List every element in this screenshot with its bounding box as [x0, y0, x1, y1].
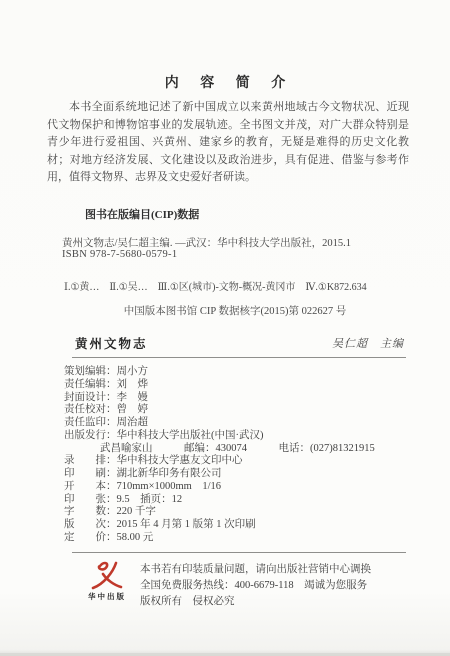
- colophon-cover-design: 封面设计：李 嫚: [64, 392, 410, 405]
- book-copyright-page: 内 容 简 介 本书全面系统地记述了新中国成立以来黄州地域古今文物状况、近现代文…: [0, 0, 450, 656]
- colophon-responsible-editor: 责任编辑：刘 烨: [64, 379, 410, 392]
- colophon-format: 开 本：710mm×1000mm 1/16: [64, 481, 410, 494]
- colophon-price: 定 价：58.00 元: [64, 532, 410, 545]
- colophon-typesetting: 录 排：华中科技大学惠友文印中心: [64, 455, 410, 468]
- quality-notice: 本书若有印装质量问题，请向出版社营销中心调换: [140, 562, 420, 578]
- colophon-proofreader: 责任校对：曾 婷: [64, 404, 410, 417]
- intro-heading: 内 容 简 介: [0, 72, 450, 92]
- cip-record-number: 中国版本图书馆 CIP 数据核字(2015)第 022627 号: [62, 303, 408, 318]
- book-title: 黄州文物志: [75, 334, 148, 352]
- colophon-printing: 印 刷：湖北新华印务有限公司: [64, 468, 410, 481]
- cip-heading: 图书在版编目(CIP)数据: [85, 206, 199, 222]
- colophon-print-supervisor: 责任监印：周治超: [64, 417, 410, 430]
- colophon-word-count: 字 数：220 千字: [64, 506, 410, 519]
- colophon-edition: 版 次：2015 年 4 月第 1 版第 1 次印刷: [64, 519, 410, 532]
- publisher-logo-text: 华中出版: [80, 591, 132, 602]
- colophon-list: 策划编辑：周小方 责任编辑：刘 烨 封面设计：李 嫚 责任校对：曾 婷 责任监印…: [64, 366, 410, 545]
- colophon-planning-editor: 策划编辑：周小方: [64, 366, 410, 379]
- footer-notice: 本书若有印装质量问题，请向出版社营销中心调换 全国免费服务热线：400-6679…: [140, 562, 420, 610]
- divider-top: [72, 357, 406, 358]
- isbn-number: ISBN 978-7-5680-0579-1: [62, 249, 177, 260]
- chief-editor: 吴仁超 主编: [332, 335, 404, 351]
- intro-paragraph: 本书全面系统地记述了新中国成立以来黄州地域古今文物状况、近现代文物保护和博物馆事…: [47, 99, 409, 187]
- colophon-address: 武昌喻家山 邮编：430074 电话：(027)81321915: [64, 443, 410, 456]
- publisher-logo-block: 华中出版: [80, 560, 132, 602]
- cip-title-line: 黄州文物志/吴仁超主编. —武汉：华中科技大学出版社，2015.1: [62, 235, 351, 250]
- cip-classification: Ⅰ.①黄… Ⅱ.①吴… Ⅲ.①区(城市)-文物-概况-黄冈市 Ⅳ.①K872.6…: [64, 278, 410, 293]
- copyright-notice: 版权所有 侵权必究: [140, 594, 420, 610]
- divider-bottom: [72, 552, 406, 553]
- huazhong-press-logo-icon: [86, 560, 126, 590]
- colophon-publisher: 出版发行：华中科技大学出版社(中国·武汉): [64, 430, 410, 443]
- colophon-sheets: 印 张：9.5 插页：12: [64, 494, 410, 507]
- service-hotline: 全国免费服务热线：400-6679-118 竭诚为您服务: [140, 578, 420, 594]
